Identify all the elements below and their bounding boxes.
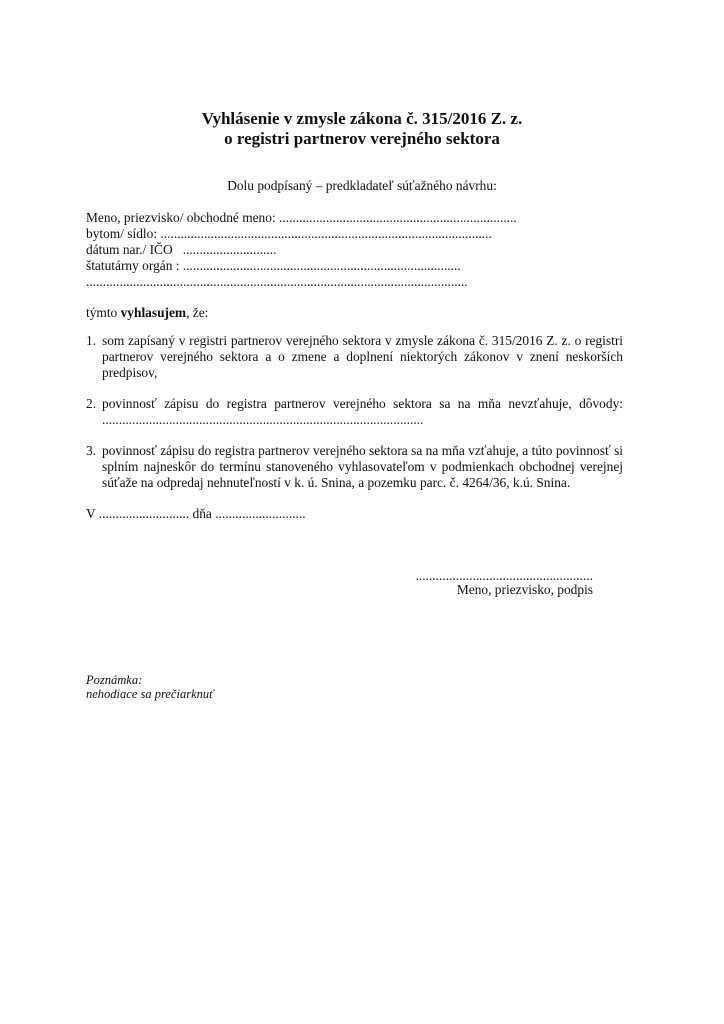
item-1-line-1: som zapísaný v registri partnerov verejn… — [102, 333, 623, 349]
field-address: bytom/ sídlo: ..........................… — [86, 226, 492, 242]
field-extra-line-value: ........................................… — [86, 274, 468, 289]
field-statutory-body-label: štatutárny orgán : — [86, 258, 179, 273]
declaration-item-3: 3. povinnosť zápisu do registra partnero… — [86, 443, 623, 491]
item-3-number: 3. — [86, 443, 96, 459]
item-2-number: 2. — [86, 396, 96, 412]
declaration-prefix: týmto — [86, 305, 121, 320]
document-title-line-2: o registri partnerov verejného sektora — [0, 129, 724, 149]
field-birthdate-ico: dátum nar./ IČO ........................… — [86, 242, 276, 258]
item-3-line-2: splním najneskôr do termínu stanoveného … — [102, 459, 623, 475]
intro-text: Dolu podpísaný – predkladateľ súťažného … — [0, 178, 724, 194]
field-address-value: ........................................… — [160, 226, 491, 241]
declaration-intro: týmto vyhlasujem, že: — [86, 305, 208, 321]
item-1-number: 1. — [86, 333, 96, 349]
item-1-line-2: partnerov verejného sektora a o zmene a … — [102, 349, 623, 365]
item-3-line-1: povinnosť zápisu do registra partnerov v… — [102, 443, 623, 459]
field-address-label: bytom/ sídlo: — [86, 226, 157, 241]
item-2-line-1: povinnosť zápisu do registra partnerov v… — [102, 396, 623, 412]
field-name-label: Meno, priezvisko/ obchodné meno: — [86, 210, 276, 225]
declaration-bold: vyhlasujem — [121, 305, 186, 320]
field-birthdate-ico-label: dátum nar./ IČO — [86, 242, 173, 257]
field-name-value: ........................................… — [279, 210, 517, 225]
document-title-line-1: Vyhlásenie v zmysle zákona č. 315/2016 Z… — [0, 109, 724, 129]
field-name: Meno, priezvisko/ obchodné meno: .......… — [86, 210, 517, 226]
field-statutory-body-value: ........................................… — [183, 258, 461, 273]
declaration-item-1: 1. som zapísaný v registri partnerov ver… — [86, 333, 623, 381]
item-3-line-3: súťaže na odpredaj nehnuteľností v k. ú.… — [102, 475, 623, 491]
field-statutory-body: štatutárny orgán : .....................… — [86, 258, 461, 274]
signature-label: Meno, priezvisko, podpis — [380, 582, 593, 598]
note-text: nehodiace sa prečiarknuť — [86, 686, 214, 702]
declaration-suffix: , že: — [186, 305, 208, 320]
field-extra-line: ........................................… — [86, 274, 468, 290]
field-birthdate-ico-value: ............................ — [183, 242, 277, 257]
item-2-line-2: ........................................… — [102, 412, 623, 428]
place-and-date: V ........................... dňa ......… — [86, 506, 306, 522]
declaration-item-2: 2. povinnosť zápisu do registra partnero… — [86, 396, 623, 428]
item-1-line-3: predpisov, — [102, 365, 623, 381]
